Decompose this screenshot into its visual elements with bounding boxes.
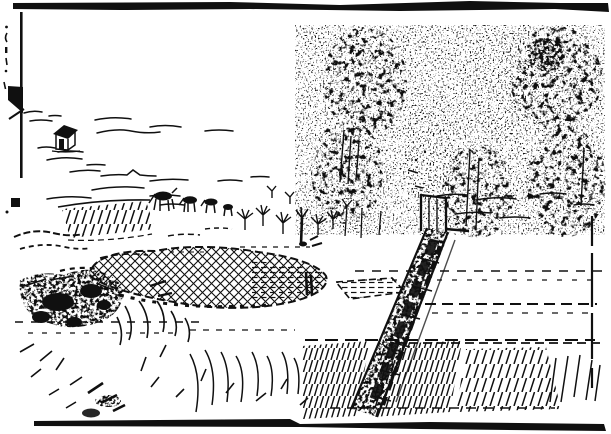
dark-stem [301,218,302,244]
tree-foliage [295,25,606,238]
engraving-canvas [0,0,611,434]
tree-crown [526,127,606,237]
dense-clump [529,39,565,71]
engraving-scan [0,0,611,434]
tree-crown [323,27,407,137]
hut-door [59,139,64,149]
tree-crown [462,27,538,143]
